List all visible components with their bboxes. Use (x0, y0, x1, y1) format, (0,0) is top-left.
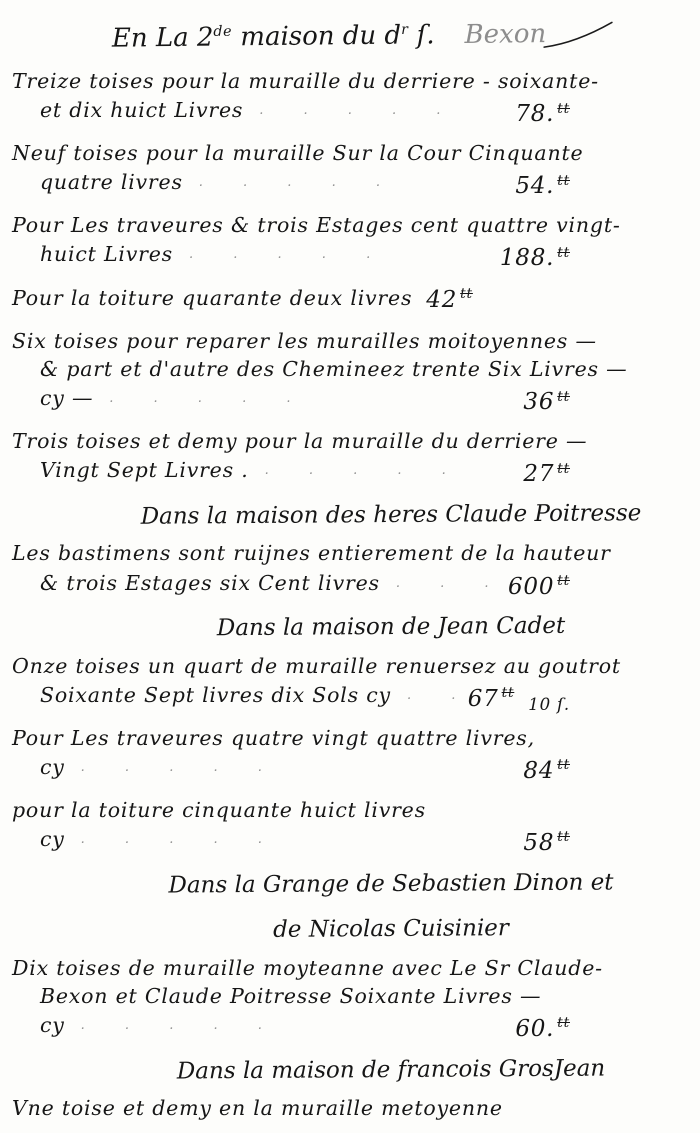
amount-unit-livres: tt (557, 829, 570, 845)
amount-value: 84tt (523, 756, 570, 788)
amount-value: 36tt (523, 387, 570, 419)
entry-amount-row: huict Livres. . . . .188.tt (40, 239, 682, 271)
leader-dots: . . . . . (265, 462, 518, 480)
entry-amount-row: cy —. . . . .36tt (40, 383, 682, 415)
entry-line: Dix toises de muraille moyteanne avec Le… (12, 954, 682, 982)
amount-number: 78. (515, 101, 554, 127)
amount-number: 600 (508, 574, 554, 600)
entry-line: pour la toiture cinquante huict livres (12, 796, 682, 824)
entry-line-text: & trois Estages six Cent livres (40, 569, 380, 597)
amount-value: 78.tt (515, 99, 570, 131)
entry-amount-row: cy. . . . .58tt (40, 824, 682, 856)
entry-amount-row: et dix huict Livres. . . . .78.tt (40, 95, 682, 127)
sections-root: Treize toises pour la muraille du derrie… (10, 67, 682, 1122)
document-title: En La 2de maison du dr ſ.Bexon (46, 13, 682, 55)
section-heading: de Nicolas Cuisinier (55, 911, 700, 949)
section-heading: Dans la maison des heres Claude Poitress… (55, 497, 700, 535)
amount-number: 36 (523, 389, 554, 415)
section: Dans la maison de Jean CadetOnze toises … (10, 611, 682, 855)
entry: Trois toises et demy pour la muraille du… (12, 427, 682, 487)
entry: Vne toise et demy en la muraille metoyen… (12, 1094, 682, 1122)
amount-value: 58tt (523, 828, 570, 860)
amount-value: 27tt (523, 459, 570, 491)
section-heading: Dans la Grange de Sebastien Dinon et (55, 865, 700, 903)
leader-dots: . . . . . (81, 759, 518, 777)
entry-amount-row: quatre livres. . . . .54.tt (40, 167, 682, 199)
entry-line: & part et d'autre des Chemineez trente S… (40, 355, 682, 383)
entry: Pour Les traveures quatre vingt quattre … (12, 724, 682, 784)
amount-number: 188. (500, 245, 554, 271)
entry-line-text: Soixante Sept livres dix Sols cy (40, 681, 391, 709)
entry: Pour la toiture quarante deux livres42tt (12, 283, 682, 315)
section: Dans la maison des heres Claude Poitress… (10, 499, 682, 599)
leader-dots: . . . . . (259, 102, 509, 120)
section: Dans la maison de francois GrosJeanVne t… (10, 1054, 682, 1123)
entry-line: Trois toises et demy pour la muraille du… (12, 427, 682, 455)
section-heading: Dans la maison de francois GrosJean (55, 1051, 700, 1089)
amount-value: 54.tt (515, 171, 570, 203)
entry-line-text: Pour la toiture quarante deux livres (12, 284, 412, 312)
entry-line-text: quatre livres (40, 168, 183, 196)
entry: Dix toises de muraille moyteanne avec Le… (12, 954, 682, 1042)
entry-line: Bexon et Claude Poitresse Soixante Livre… (40, 982, 682, 1010)
leader-dots: . . . . . (109, 390, 517, 408)
leader-dots: . . . . . (396, 575, 502, 593)
entry: Onze toises un quart de muraille renuers… (12, 652, 682, 712)
entry-line: Treize toises pour la muraille du derrie… (12, 67, 682, 95)
entry-line: Pour Les traveures & trois Estages cent … (12, 211, 682, 239)
entry-line-text: cy (40, 753, 65, 781)
amount-number: 60. (515, 1016, 554, 1042)
amount-unit-livres: tt (460, 286, 473, 302)
entry-line: Vne toise et demy en la muraille metoyen… (12, 1094, 682, 1122)
leader-dots: . . . . . (81, 831, 518, 849)
amount-unit-livres: tt (557, 101, 570, 117)
leader-dots: . . . . . (81, 1017, 510, 1035)
title-text-2: maison du d (232, 21, 401, 53)
entry-line-text: et dix huict Livres (40, 96, 243, 124)
title-owner-name: Bexon (464, 19, 546, 50)
entry-line: Neuf toises pour la muraille Sur la Cour… (12, 139, 682, 167)
amount-unit-livres: tt (502, 685, 515, 701)
amount-value: 60.tt (515, 1014, 570, 1046)
entry-amount-row: cy. . . . .84tt (40, 752, 682, 784)
leader-dots: . . . . . (407, 687, 462, 705)
leader-dots: . . . . . (189, 246, 494, 264)
title-text-3: ſ. (408, 20, 434, 50)
amount-number: 58 (523, 830, 554, 856)
entry-line-text: cy — (40, 384, 93, 412)
entry-line: Onze toises un quart de muraille renuers… (12, 652, 682, 680)
entry: Les bastimens sont ruijnes entierement d… (12, 539, 682, 599)
entry-line-text: cy (40, 825, 65, 853)
amount-value: 600tt (508, 572, 570, 604)
amount-unit-livres: tt (557, 573, 570, 589)
amount-unit-livres: tt (557, 173, 570, 189)
section: Treize toises pour la muraille du derrie… (10, 67, 682, 487)
manuscript-page: En La 2de maison du dr ſ.Bexon Treize to… (0, 0, 700, 1122)
title-superscript-1: de (213, 24, 232, 40)
amount-number: 54. (515, 173, 554, 199)
amount-unit-livres: tt (557, 245, 570, 261)
amount-value: 188.tt (500, 243, 570, 275)
section-heading: Dans la maison de Jean Cadet (55, 609, 700, 647)
entry-line-text: huict Livres (40, 240, 173, 268)
amount-suffix-sols: 10 ſ. (528, 695, 570, 714)
amount-value: 67tt10 ſ. (468, 684, 570, 716)
entry-amount-row: & trois Estages six Cent livres. . . . .… (40, 568, 682, 600)
entry-amount-row: Pour la toiture quarante deux livres42tt (12, 283, 682, 315)
entry: Pour Les traveures & trois Estages cent … (12, 211, 682, 271)
entry-line: Six toises pour reparer les murailles mo… (12, 327, 682, 355)
amount-unit-livres: tt (557, 1015, 570, 1031)
entry: Treize toises pour la muraille du derrie… (12, 67, 682, 127)
flourish-stroke-icon (542, 20, 616, 49)
amount-unit-livres: tt (557, 461, 570, 477)
entry-line: Les bastimens sont ruijnes entierement d… (12, 539, 682, 567)
section: Dans la Grange de Sebastien Dinon etde N… (10, 868, 682, 1042)
amount-number: 27 (523, 461, 554, 487)
amount-value: 42tt (426, 285, 473, 317)
entry-amount-row: Soixante Sept livres dix Sols cy. . . . … (40, 680, 682, 712)
amount-unit-livres: tt (557, 757, 570, 773)
entry-line-text: cy (40, 1011, 65, 1039)
entry-amount-row: Vingt Sept Livres .. . . . .27tt (40, 455, 682, 487)
entry: Neuf toises pour la muraille Sur la Cour… (12, 139, 682, 199)
amount-number: 42 (426, 287, 457, 313)
title-text-1: En La 2 (112, 23, 214, 54)
amount-number: 84 (523, 758, 554, 784)
entry: Six toises pour reparer les murailles mo… (12, 327, 682, 415)
entry-line: Pour Les traveures quatre vingt quattre … (12, 724, 682, 752)
entry-line-text: Vingt Sept Livres . (40, 456, 249, 484)
amount-unit-livres: tt (557, 389, 570, 405)
leader-dots: . . . . . (199, 174, 510, 192)
entry-amount-row: cy. . . . .60.tt (40, 1010, 682, 1042)
amount-number: 67 (468, 686, 499, 712)
entry: pour la toiture cinquante huict livrescy… (12, 796, 682, 856)
